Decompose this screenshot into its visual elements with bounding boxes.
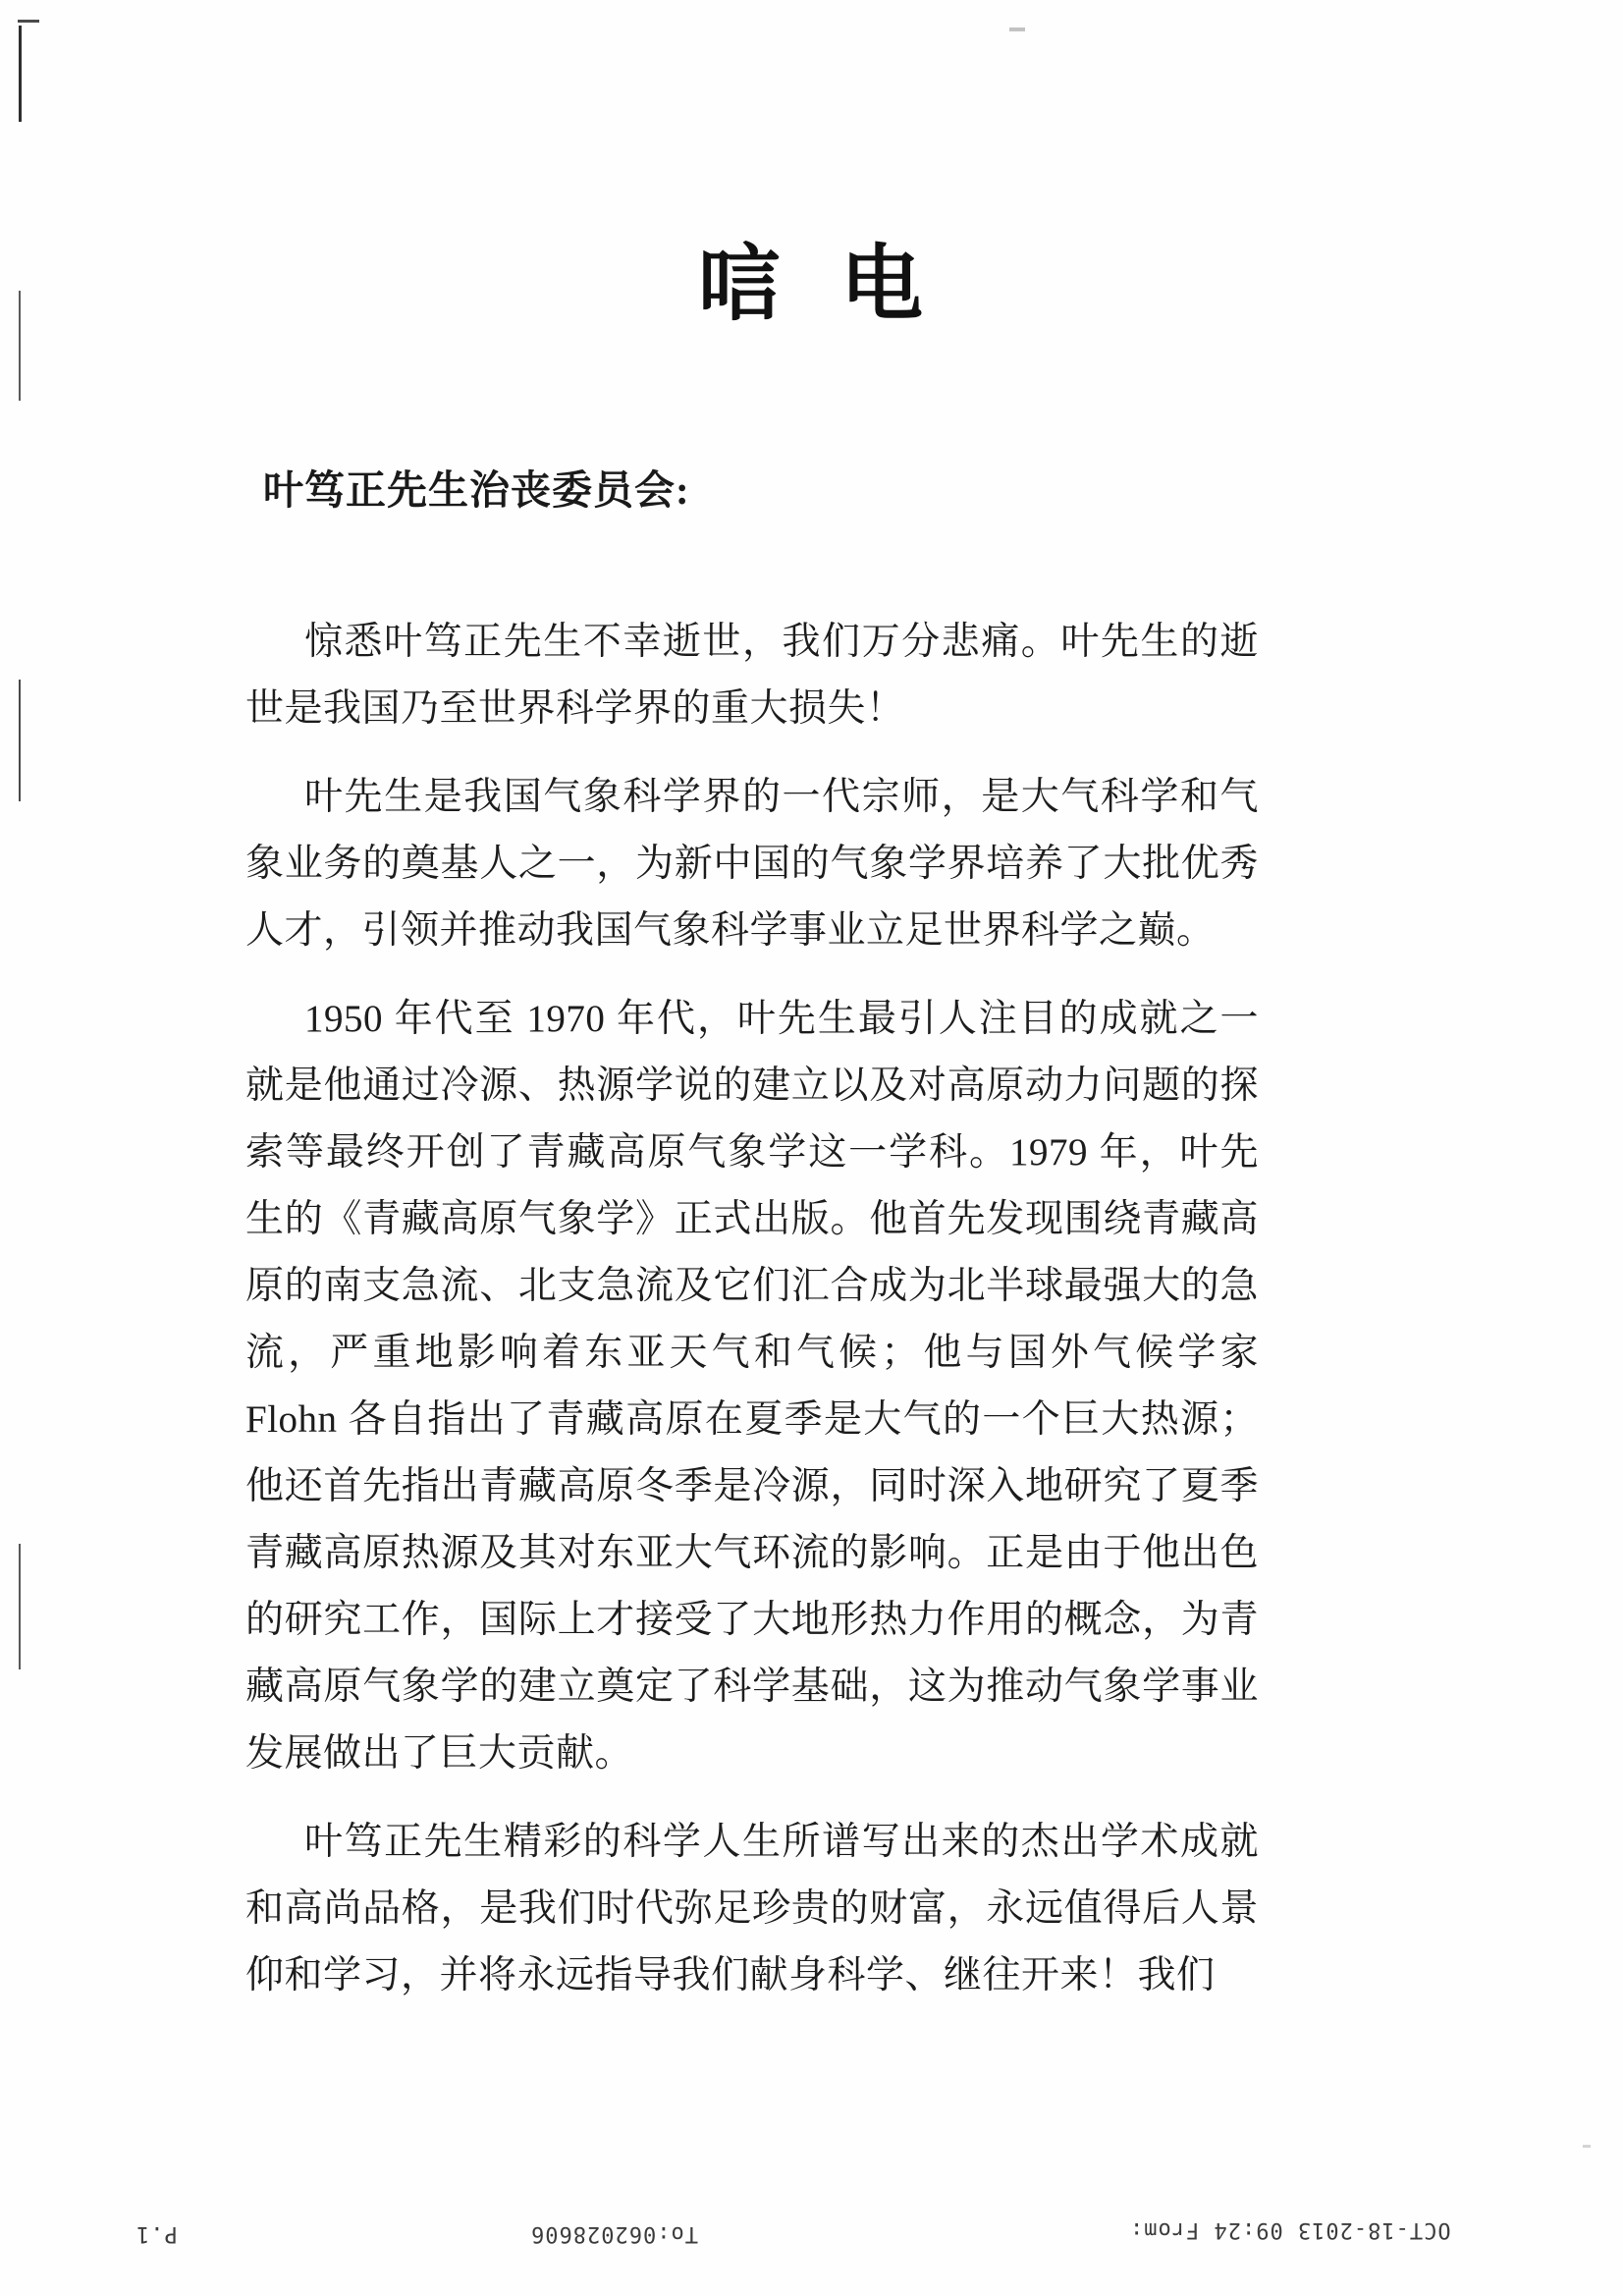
paragraph: 1950 年代至 1970 年代，叶先生最引人注目的成就之一就是他通过冷源、热源… xyxy=(245,986,1259,1787)
scan-artifact xyxy=(19,1544,21,1669)
fax-datetime-stamp: OCT-18-2013 09:24 From: xyxy=(1129,2217,1451,2242)
fax-page-number-stamp: P.1 xyxy=(135,2221,178,2246)
scan-artifact xyxy=(19,680,21,801)
scan-artifact xyxy=(18,20,39,23)
document-title: 唁 电 xyxy=(0,218,1623,337)
scan-artifact xyxy=(1583,2145,1591,2148)
letter-body: 惊悉叶笃正先生不幸逝世，我们万分悲痛。叶先生的逝世是我国乃至世界科学界的重大损失… xyxy=(245,609,1259,2031)
fax-recipient-stamp: To:062028606 xyxy=(530,2221,698,2246)
paragraph: 叶笃正先生精彩的科学人生所谱写出来的杰出学术成就和高尚品格，是我们时代弥足珍贵的… xyxy=(245,1809,1259,2009)
salutation-line: 叶笃正先生治丧委员会: xyxy=(263,458,690,516)
paragraph: 叶先生是我国气象科学界的一代宗师，是大气科学和气象业务的奠基人之一，为新中国的气… xyxy=(245,764,1259,964)
scan-artifact xyxy=(1009,27,1025,31)
scanned-letter-page: 唁 电 叶笃正先生治丧委员会: 惊悉叶笃正先生不幸逝世，我们万分悲痛。叶先生的逝… xyxy=(0,0,1623,2296)
paragraph: 惊悉叶笃正先生不幸逝世，我们万分悲痛。叶先生的逝世是我国乃至世界科学界的重大损失… xyxy=(245,609,1259,742)
scan-artifact xyxy=(19,26,22,122)
